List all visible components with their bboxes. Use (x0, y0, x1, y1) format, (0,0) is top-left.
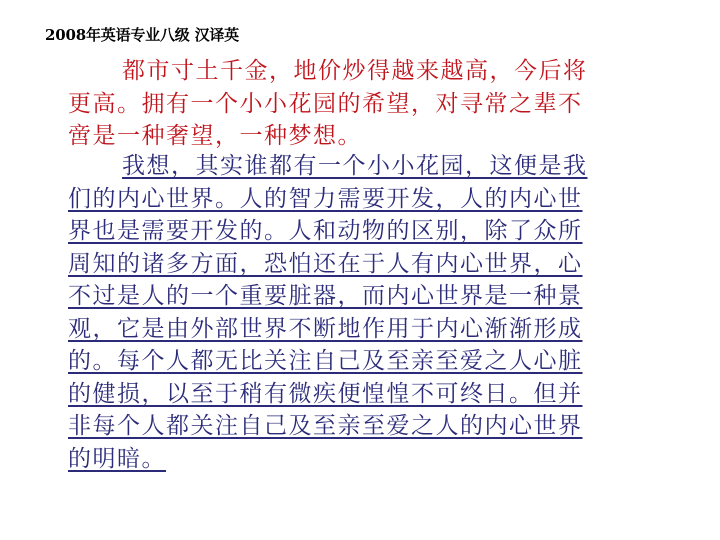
paragraph-2-line: 我想，其实谁都有一个小小花园，这便是我 (68, 150, 688, 183)
paragraph-2-line: 界也是需要开发的。人和动物的区别，除了众所 (68, 215, 688, 248)
paragraph-2-line: 的。每个人都无比关注自己及至亲至爱之人心脏 (68, 345, 688, 378)
underlined-text: 非每个人都关注自己及至亲至爱之人的内心世界 (68, 413, 583, 439)
underlined-text: 不过是人的一个重要脏器，而内心世界是一种景 (68, 283, 583, 309)
underlined-text: 的。每个人都无比关注自己及至亲至爱之人心脏 (68, 348, 583, 374)
paragraph-2-line: 观，它是由外部世界不断地作用于内心渐渐形成 (68, 313, 688, 346)
source-paragraph-2: 我想，其实谁都有一个小小花园，这便是我 们的内心世界。人的智力需要开发，人的内心… (68, 150, 688, 475)
underlined-text: 们的内心世界。人的智力需要开发，人的内心世 (68, 186, 583, 212)
underlined-text: 周知的诸多方面，恐怕还在于人有内心世界，心 (68, 251, 583, 277)
paragraph-1-line: 更高。拥有一个小小花园的希望，对寻常之辈不 (68, 88, 688, 121)
underlined-text: 观，它是由外部世界不断地作用于内心渐渐形成 (68, 316, 583, 342)
paragraph-1-line: 啻是一种奢望，一种梦想。 (68, 120, 688, 153)
underlined-text: 我想，其实谁都有一个小小花园，这便是我 (122, 153, 588, 179)
underlined-text: 的健损，以至于稍有微疾便惶惶不可终日。但并 (68, 381, 583, 407)
underlined-text: 的明暗。 (68, 446, 166, 472)
source-paragraph-1: 都市寸土千金，地价炒得越来越高，今后将 更高。拥有一个小小花园的希望，对寻常之辈… (68, 55, 688, 153)
slide-title: 2008年英语专业八级 汉译英 (45, 24, 239, 45)
paragraph-1-line: 都市寸土千金，地价炒得越来越高，今后将 (68, 55, 688, 88)
paragraph-2-line: 的明暗。 (68, 443, 688, 476)
paragraph-2-line: 们的内心世界。人的智力需要开发，人的内心世 (68, 183, 688, 216)
paragraph-2-line: 周知的诸多方面，恐怕还在于人有内心世界，心 (68, 248, 688, 281)
paragraph-2-line: 不过是人的一个重要脏器，而内心世界是一种景 (68, 280, 688, 313)
paragraph-2-line: 的健损，以至于稍有微疾便惶惶不可终日。但并 (68, 378, 688, 411)
underlined-text: 界也是需要开发的。人和动物的区别，除了众所 (68, 218, 583, 244)
paragraph-2-line: 非每个人都关注自己及至亲至爱之人的内心世界 (68, 410, 688, 443)
